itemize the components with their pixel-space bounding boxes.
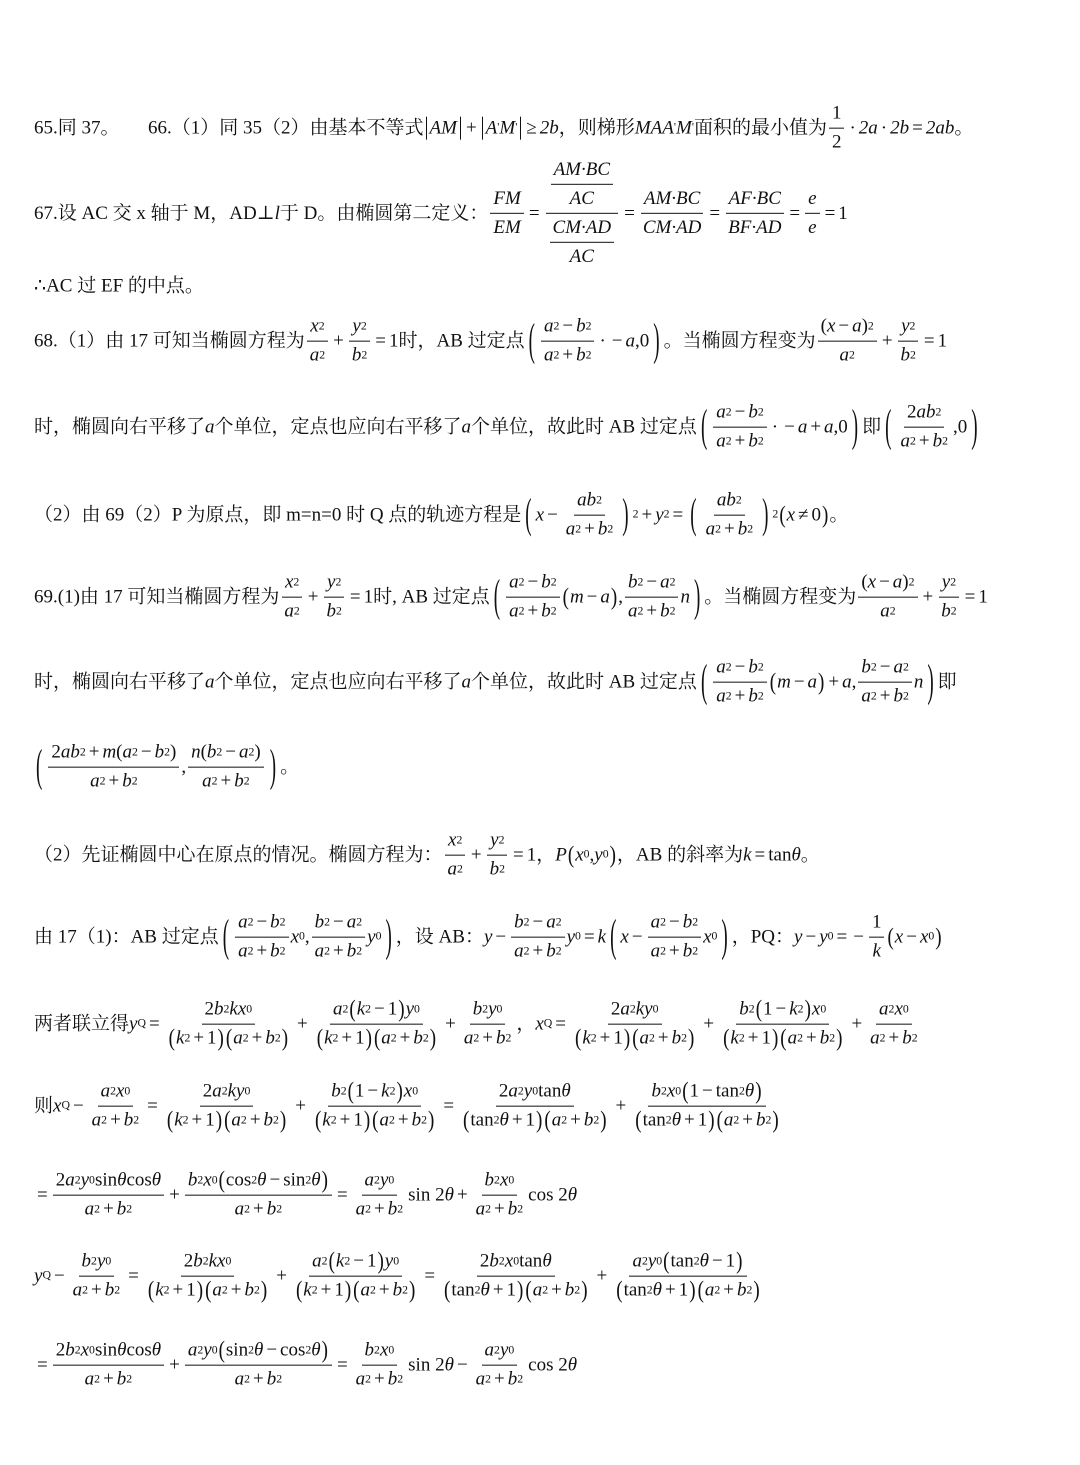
fraction-numerator: a2(k2−1)y0 xyxy=(330,999,423,1025)
math-symbol: b xyxy=(413,1028,423,1050)
math-operator: + xyxy=(252,1028,263,1050)
math-operator: + xyxy=(735,431,746,453)
math-symbol: b xyxy=(748,431,758,453)
math-symbol: ab xyxy=(577,490,596,512)
fraction: a2−b2a2+b2 xyxy=(648,912,702,963)
math-text: 1 xyxy=(334,1280,344,1302)
math-operator: + xyxy=(457,1186,468,1205)
math-text: 2 xyxy=(184,1251,194,1273)
fraction: b2y0a2+b2 xyxy=(461,999,515,1050)
text-run: 68.（1）由 17 可知当椭圆方程为 xyxy=(34,332,305,351)
group-content: 1−k2 xyxy=(355,1081,396,1103)
math-operator: + xyxy=(321,1280,332,1302)
math-symbol: m xyxy=(102,742,116,764)
parenthesized-group: (ab2a2+b2) xyxy=(686,490,772,541)
fraction-denominator: a2+b2 xyxy=(353,1196,407,1221)
fraction: (x−a)2a2 xyxy=(818,316,877,367)
fraction-denominator: a2+b2 xyxy=(353,1366,407,1391)
math-symbol: x xyxy=(868,572,876,594)
fraction-numerator: b2y0 xyxy=(79,1251,115,1277)
fraction-numerator: y2 xyxy=(939,572,959,598)
right-paren: ) xyxy=(218,1026,224,1051)
math-symbol: b xyxy=(265,1028,275,1050)
fraction: a2x0a2+b2 xyxy=(867,999,921,1050)
fraction-numerator: x2 xyxy=(307,316,327,342)
fraction-numerator: y2 xyxy=(898,316,918,342)
fraction: b2(1−k2)x0(k2+1)(a2+b2) xyxy=(719,999,846,1050)
math-symbol: a xyxy=(600,588,610,607)
fraction: 2b2kx0(k2+1)(a2+b2) xyxy=(144,1251,271,1302)
math-symbol: a xyxy=(628,601,638,623)
math-operator: − xyxy=(533,912,544,934)
parenthesized-group: (2ab2+m(a2−b2)a2+b2,n(b2−a2)a2+b2) xyxy=(32,742,280,793)
left-paren: ( xyxy=(701,659,707,705)
fraction-numerator: a2y0 xyxy=(482,1340,518,1366)
math-text: 1 xyxy=(355,1028,365,1050)
math-operator: = xyxy=(912,119,923,138)
math-symbol: y xyxy=(942,572,950,594)
math-text: cos xyxy=(126,1340,151,1362)
math-symbol: b xyxy=(267,1199,277,1221)
parenthesized-group: (k2+1) xyxy=(168,1028,225,1050)
math-symbol: a xyxy=(485,1340,495,1362)
solution-line-l69c: (2ab2+m(a2−b2)a2+b2,n(b2−a2)a2+b2)。 xyxy=(32,742,299,793)
math-symbol: θ xyxy=(653,1280,662,1302)
fraction: (x−a)2a2 xyxy=(858,572,917,623)
math-symbol: a xyxy=(212,1280,222,1302)
fraction-denominator: a2+b2 xyxy=(703,516,757,541)
math-symbol: a xyxy=(333,999,343,1021)
fraction: a2y0(tan2 θ−1)(tan2 θ+1)(a2+b2) xyxy=(612,1251,763,1302)
math-text: ,0 xyxy=(834,418,848,437)
text-run: 个单位，故此时 AB 过定点 xyxy=(471,418,697,437)
math-symbol: θ xyxy=(311,1340,320,1362)
parenthesized-group: (a2+b2) xyxy=(543,1110,607,1132)
fraction-numerator: a2−b2 xyxy=(713,402,767,428)
math-operator: + xyxy=(308,588,319,607)
math-text: 1 xyxy=(353,1110,363,1132)
math-symbol: ky xyxy=(228,1081,245,1103)
math-operator: + xyxy=(110,1110,121,1132)
parenthesized-group: (1−k2) xyxy=(755,999,812,1021)
left-paren: ( xyxy=(770,670,776,695)
math-symbol: b xyxy=(541,601,551,623)
math-symbol: ab xyxy=(717,490,736,512)
math-symbol: kx xyxy=(229,999,246,1021)
math-text: sin xyxy=(95,1340,117,1362)
math-symbol: b xyxy=(388,1369,398,1391)
group-content: a2+b2 xyxy=(380,1110,428,1132)
math-text: tan xyxy=(451,1280,474,1302)
fraction-denominator: a2+b2 xyxy=(473,1366,527,1391)
right-paren: ) xyxy=(624,1026,630,1051)
text-run: 。 xyxy=(801,846,820,865)
fraction-numerator: 2b2x0 sinθcosθ xyxy=(53,1340,164,1366)
math-text: ,0 xyxy=(635,332,649,351)
text-run: 69.(1)由 17 可知当椭圆方程为 xyxy=(34,588,279,607)
math-symbol: θ xyxy=(568,1356,577,1375)
math-symbol: M xyxy=(499,119,515,138)
fraction: b2(1−k2)x0(k2+1)(a2+b2) xyxy=(311,1081,438,1132)
math-symbol: x xyxy=(116,1081,124,1103)
math-symbol: x xyxy=(827,316,835,338)
math-symbol: a xyxy=(880,601,890,623)
math-text: tan xyxy=(470,1110,493,1132)
fraction: AF·BCBF·AD xyxy=(725,188,784,239)
left-paren: ( xyxy=(717,1108,723,1133)
math-operator: + xyxy=(276,1267,287,1286)
fraction-denominator: k xyxy=(869,938,883,963)
math-text: 1 xyxy=(679,1280,689,1302)
math-symbol: a xyxy=(514,941,524,963)
math-operator: − xyxy=(269,1170,280,1192)
math-operator: = xyxy=(965,588,976,607)
math-operator: + xyxy=(533,941,544,963)
left-paren: ( xyxy=(575,1026,581,1051)
math-symbol: θ xyxy=(480,1280,489,1302)
fraction-numerator: a2x0 xyxy=(876,999,912,1025)
fraction-numerator: 2b2kx0 xyxy=(202,999,256,1025)
fraction-denominator: a2+b2 xyxy=(461,1025,515,1050)
right-paren: ) xyxy=(261,1278,267,1303)
math-operator: − xyxy=(54,1267,65,1286)
text-run: 。当椭圆方程变为 xyxy=(664,332,816,351)
math-symbol: a xyxy=(73,1280,83,1302)
fraction-numerator: y2 xyxy=(324,572,344,598)
math-operator: − xyxy=(712,1251,723,1273)
text-run: ，则梯形 xyxy=(559,119,635,138)
math-text: , xyxy=(181,758,186,777)
math-symbol: b xyxy=(748,657,758,679)
group-content: x≠0 xyxy=(787,506,821,525)
math-operator: = xyxy=(709,204,720,223)
left-paren: ( xyxy=(779,503,785,528)
fraction-denominator: BF·AD xyxy=(725,214,784,239)
parenthesized-group: (a2+b2) xyxy=(697,1280,761,1302)
text-run: ，AB 的斜率为 xyxy=(617,846,743,865)
math-operator: = xyxy=(424,1267,435,1286)
math-symbol: a xyxy=(238,941,248,963)
parenthesized-group: (a2+b2) xyxy=(352,1280,416,1302)
fraction: a2−b2a2+b2 xyxy=(541,316,595,367)
math-text: tan xyxy=(643,1110,666,1132)
fraction: a2y0(sin2 θ−cos2 θ)a2+b2 xyxy=(185,1340,332,1391)
math-symbol: a xyxy=(231,1110,241,1132)
math-operator: − xyxy=(256,912,267,934)
solution-line-l68c: （2）由 69（2）P 为原点，即 m=n=0 时 Q 点的轨迹方程是(x−ab… xyxy=(34,490,848,541)
math-symbol: a xyxy=(706,519,716,541)
math-operator: + xyxy=(173,1280,184,1302)
parenthesized-group: (x−x0) xyxy=(886,928,942,947)
right-paren: ) xyxy=(282,1026,288,1051)
group-content: tan2 θ+1 xyxy=(451,1280,516,1302)
math-symbol: a xyxy=(205,418,215,437)
math-symbol: b xyxy=(541,572,551,594)
fraction-denominator: a2 xyxy=(281,598,302,623)
fraction-denominator: (k2+1)(a2+b2) xyxy=(144,1277,271,1302)
math-symbol: b xyxy=(388,1199,398,1221)
fraction: y2b2 xyxy=(487,830,508,881)
math-symbol: y xyxy=(488,999,496,1021)
parenthesized-group: (2ab2a2+b2,0) xyxy=(881,402,981,453)
math-operator: · xyxy=(599,332,605,351)
math-operator: + xyxy=(551,1280,562,1302)
fraction: 2a2y0 sinθcosθa2+b2 xyxy=(53,1170,164,1221)
math-symbol: x xyxy=(448,830,456,852)
math-operator: + xyxy=(735,686,746,708)
math-text: cos xyxy=(126,1170,151,1192)
fraction-denominator: (k2+1)(a2+b2) xyxy=(165,1025,292,1050)
math-operator: + xyxy=(723,1280,734,1302)
math-symbol: a xyxy=(842,673,852,692)
text-run: （2）先证椭圆中心在原点的情况。椭圆方程为： xyxy=(34,846,443,865)
math-symbol: a xyxy=(626,332,636,351)
math-symbol: b xyxy=(122,771,132,793)
parenthesized-group: (sin2 θ−cos2 θ) xyxy=(218,1340,329,1362)
math-symbol: b xyxy=(485,1170,495,1192)
math-symbol: a xyxy=(716,657,726,679)
math-operator: − xyxy=(141,742,152,764)
fraction-denominator: EM xyxy=(490,214,523,239)
math-symbol: x xyxy=(920,928,928,947)
group-content: 1−tan2 θ xyxy=(690,1081,755,1103)
math-operator: − xyxy=(612,332,623,351)
math-operator: + xyxy=(400,1028,411,1050)
fraction-denominator: AC xyxy=(567,242,597,267)
math-symbol: b xyxy=(82,1251,92,1273)
group-content: a2−b2a2+b2·−a+a,0 xyxy=(711,402,848,453)
math-operator: · xyxy=(849,119,855,138)
math-operator: + xyxy=(108,771,119,793)
left-paren: ( xyxy=(205,1278,211,1303)
fraction-numerator: n(b2−a2) xyxy=(188,742,264,768)
parenthesized-group: (x−ab2a2+b2) xyxy=(521,490,632,541)
math-operator: + xyxy=(658,1028,669,1050)
math-text: 1 xyxy=(388,999,398,1021)
math-operator: − xyxy=(838,316,849,338)
math-operator: − xyxy=(333,912,344,934)
math-symbol: b xyxy=(270,912,280,934)
right-paren: ) xyxy=(772,1108,778,1133)
math-text: ) xyxy=(170,742,176,764)
math-text: sin xyxy=(226,1340,248,1362)
left-paren: ( xyxy=(568,843,574,868)
right-paren: ) xyxy=(396,1079,402,1104)
parenthesized-group: (tan2 θ+1) xyxy=(462,1110,543,1132)
math-text: 1 xyxy=(367,1251,377,1273)
math-text: 1 xyxy=(389,332,399,351)
math-operator: = xyxy=(924,332,935,351)
math-symbol: b xyxy=(738,519,748,541)
parenthesized-group: (k2+1) xyxy=(574,1028,631,1050)
left-paren: ( xyxy=(544,1108,550,1133)
math-operator: + xyxy=(493,1280,504,1302)
fraction-denominator: a2+b2 xyxy=(858,683,912,708)
group-content: tan2 θ+1 xyxy=(470,1110,535,1132)
math-operator: = xyxy=(149,1015,160,1034)
math-operator: + xyxy=(374,1369,385,1391)
parenthesized-group: (m−a) xyxy=(562,588,619,607)
math-symbol: e xyxy=(808,217,816,239)
math-symbol: 2ab xyxy=(926,119,955,138)
math-operator: + xyxy=(669,941,680,963)
solution-line-l67: 67.设 AC 交 x 轴于 M，AD⊥l 于 D。由椭圆第二定义：FMEM=A… xyxy=(34,159,848,267)
fraction-numerator: a2−b2 xyxy=(713,657,767,683)
parenthesized-group: (a2+b2) xyxy=(524,1280,588,1302)
math-symbol: b xyxy=(584,1110,594,1132)
fraction-numerator: b2−a2 xyxy=(625,572,679,598)
fraction-numerator: a2y0 xyxy=(362,1170,398,1196)
math-symbol: k xyxy=(357,999,365,1021)
fraction: 2a2y0 tan θ(tan2 θ+1)(a2+b2) xyxy=(459,1081,610,1132)
math-operator: + xyxy=(665,1280,676,1302)
parenthesized-group: (x≠0) xyxy=(778,506,829,525)
math-symbol: θ xyxy=(700,1251,709,1273)
math-symbol: b xyxy=(893,686,903,708)
fraction-denominator: (k2+1)(a2+b2) xyxy=(163,1107,290,1132)
text-run: 时, AB 过定点 xyxy=(373,588,490,607)
math-symbol: AM·BC xyxy=(644,188,700,210)
right-paren: ) xyxy=(688,1026,694,1051)
math-symbol: a xyxy=(808,673,818,692)
fraction: b2x0(1−tan2 θ)(tan2 θ+1)(a2+b2) xyxy=(631,1081,782,1132)
math-symbol: AC xyxy=(570,188,594,210)
left-paren: ( xyxy=(374,1026,380,1051)
group-content: a2+b2 xyxy=(552,1110,600,1132)
math-operator: + xyxy=(221,771,232,793)
fraction-numerator: ab2 xyxy=(714,490,745,516)
math-symbol: b xyxy=(65,1340,75,1362)
right-paren: ) xyxy=(428,1108,434,1133)
fraction: ab2a2+b2 xyxy=(703,490,757,541)
math-text: 1 xyxy=(838,204,848,223)
math-symbol: MAA xyxy=(635,119,674,138)
math-text: 1 xyxy=(832,103,842,125)
math-symbol: θ xyxy=(791,846,800,865)
math-symbol: a xyxy=(235,1369,245,1391)
math-operator: + xyxy=(646,601,657,623)
math-symbol: P xyxy=(555,846,567,865)
fraction-denominator: (tan2 θ+1)(a2+b2) xyxy=(631,1107,782,1132)
text-run: 面积的最小值为 xyxy=(694,119,827,138)
math-symbol: e xyxy=(808,188,816,210)
math-symbol: a xyxy=(824,418,834,437)
math-text: 2 xyxy=(480,1251,490,1273)
fraction-denominator: AC xyxy=(567,185,597,210)
math-symbol: a xyxy=(188,1340,198,1362)
math-symbol: a xyxy=(205,673,215,692)
right-paren: ) xyxy=(366,1026,372,1051)
group-content: a2−b2a2+b2(m−a),b2−a2a2+b2n xyxy=(504,572,690,623)
group-content: k2−1 xyxy=(357,999,398,1021)
math-symbol: a xyxy=(462,673,472,692)
left-paren: ( xyxy=(563,585,569,610)
math-symbol: k xyxy=(174,1110,182,1132)
math-text: 1 xyxy=(763,999,773,1021)
math-operator: + xyxy=(471,846,482,865)
group-content: a2+b2 xyxy=(233,1028,281,1050)
math-symbol: 2b xyxy=(890,119,909,138)
math-symbol: x xyxy=(291,928,299,947)
math-symbol: a xyxy=(546,912,556,934)
math-text: 1 xyxy=(872,912,882,934)
math-operator: + xyxy=(169,1186,180,1205)
text-run: 时，AB 过定点 xyxy=(398,332,524,351)
math-symbol: b xyxy=(105,1280,115,1302)
math-symbol: CM·AD xyxy=(643,217,702,239)
math-symbol: θ xyxy=(445,1186,454,1205)
math-symbol: a xyxy=(508,1081,518,1103)
left-paren: ( xyxy=(224,1108,230,1133)
text-run: ， xyxy=(536,846,555,865)
math-operator: + xyxy=(256,941,267,963)
math-symbol: b xyxy=(508,1369,518,1391)
solution-line-l69a: 69.(1)由 17 可知当椭圆方程为x2a2+y2b2=1时, AB 过定点(… xyxy=(34,572,988,623)
math-symbol: 2b xyxy=(540,119,559,138)
math-symbol: y xyxy=(500,1340,508,1362)
math-operator: − xyxy=(587,588,598,607)
math-symbol: θ xyxy=(445,1356,454,1375)
right-paren: ) xyxy=(762,494,768,536)
fraction: x2a2 xyxy=(307,316,328,367)
group-content: a2+b2 xyxy=(533,1280,581,1302)
math-symbol: y xyxy=(655,506,663,525)
math-symbol: a xyxy=(92,1110,102,1132)
parenthesized-group: (1−tan2 θ) xyxy=(681,1081,762,1103)
math-symbol: x xyxy=(404,1081,412,1103)
math-operator: − xyxy=(735,402,746,424)
right-paren: ) xyxy=(736,1249,742,1274)
fraction-denominator: a2+b2 xyxy=(713,683,767,708)
math-operator: − xyxy=(225,742,236,764)
math-symbol: b xyxy=(598,519,608,541)
math-symbol: y xyxy=(794,928,802,947)
math-symbol: θ xyxy=(561,1081,570,1103)
math-symbol: a xyxy=(462,418,472,437)
math-symbol: θ xyxy=(254,1340,263,1362)
text-run: 个单位，定点也应向右平移了 xyxy=(215,673,462,692)
math-symbol: M xyxy=(676,119,692,138)
text-run: ， xyxy=(516,1015,535,1034)
math-operator: + xyxy=(253,1199,264,1221)
left-paren: ( xyxy=(632,1026,638,1051)
right-paren: ) xyxy=(377,1249,383,1274)
math-operator: + xyxy=(642,506,653,525)
math-operator: + xyxy=(597,1267,608,1286)
fraction-denominator: a2+b2 xyxy=(232,1196,286,1221)
math-text: sin 2 xyxy=(408,1186,444,1205)
math-symbol: k xyxy=(381,1081,389,1103)
math-symbol: CM·AD xyxy=(553,217,612,239)
math-operator: + xyxy=(341,1028,352,1050)
math-symbol: a xyxy=(879,999,889,1021)
group-content: a2−b2a2+b2x0,b2−a2a2+b2y0 xyxy=(233,912,381,963)
fraction-denominator: (k2+1)(a2+b2) xyxy=(313,1025,440,1050)
math-symbol: b xyxy=(737,1280,747,1302)
math-operator: + xyxy=(562,345,573,367)
math-symbol: b xyxy=(508,1199,518,1221)
math-text: 1 xyxy=(527,846,537,865)
math-symbol: b xyxy=(412,1110,422,1132)
left-paren: ( xyxy=(635,1108,641,1133)
fraction-denominator: a2+b2 xyxy=(82,1366,136,1391)
math-operator: − xyxy=(374,999,385,1021)
math-symbol: a xyxy=(566,519,576,541)
left-paren: ( xyxy=(698,1278,704,1303)
math-operator: − xyxy=(906,928,917,947)
fraction-numerator: 2ab2+m(a2−b2) xyxy=(48,742,179,768)
math-symbol: a xyxy=(544,345,554,367)
